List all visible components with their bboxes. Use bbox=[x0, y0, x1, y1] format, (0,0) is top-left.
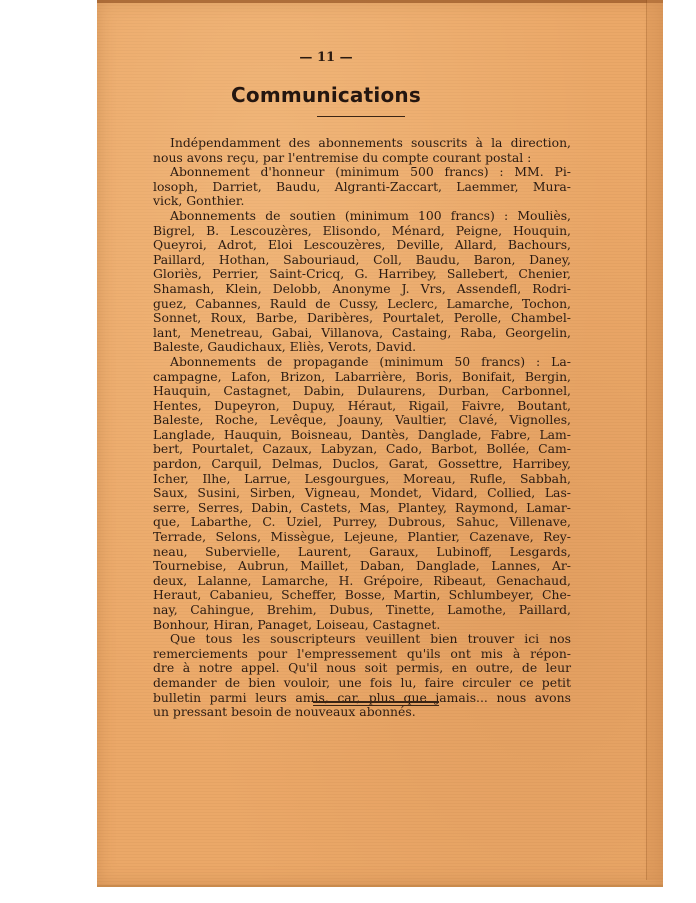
text-line: Abonnement d'honneur (minimum 500 francs… bbox=[153, 165, 571, 180]
text-line: deux, Lalanne, Lamarche, H. Grépoire, Ri… bbox=[153, 574, 571, 589]
title-underline-rule bbox=[317, 116, 405, 117]
text-line: vick, Gonthier. bbox=[153, 194, 571, 209]
text-line: Hentes, Dupeyron, Dupuy, Héraut, Rigail,… bbox=[153, 399, 571, 414]
text-line: Indépendamment des abonnements souscrits… bbox=[153, 136, 571, 151]
text-line: Tournebise, Aubrun, Maillet, Daban, Dang… bbox=[153, 559, 571, 574]
page-number: — 11 — bbox=[0, 50, 674, 65]
text-line: serre, Serres, Dabin, Castets, Mas, Plan… bbox=[153, 501, 571, 516]
paragraph-remerciements: Que tous les souscripteurs veuillent bie… bbox=[153, 632, 571, 720]
text-line: Langlade, Hauquin, Boisneau, Dantès, Dan… bbox=[153, 428, 571, 443]
text-line: Gloriès, Perrier, Saint-Cricq, G. Harrib… bbox=[153, 267, 571, 282]
text-line: que, Labarthe, C. Uziel, Purrey, Dubrous… bbox=[153, 515, 571, 530]
page-right-edge bbox=[647, 0, 663, 880]
text-line: neau, Subervielle, Laurent, Garaux, Lubi… bbox=[153, 545, 571, 560]
text-line: Saux, Susini, Sirben, Vigneau, Mondet, V… bbox=[153, 486, 571, 501]
text-line: Paillard, Hothan, Sabouriaud, Coll, Baud… bbox=[153, 253, 571, 268]
text-line: Baleste, Gaudichaux, Eliès, Verots, Davi… bbox=[153, 340, 571, 355]
paragraph-abonnements-soutien: Abonnements de soutien (minimum 100 fran… bbox=[153, 209, 571, 355]
page-title: Communications bbox=[0, 83, 674, 107]
text-line: bert, Pourtalet, Cazaux, Labyzan, Cado, … bbox=[153, 442, 571, 457]
text-line: guez, Cabannes, Rauld de Cussy, Leclerc,… bbox=[153, 297, 571, 312]
text-line: Bigrel, B. Lescouzères, Elisondo, Ménard… bbox=[153, 224, 571, 239]
text-line: un pressant besoin de nouveaux abonnés. bbox=[153, 705, 571, 720]
text-line: demander de bien vouloir, une fois lu, f… bbox=[153, 676, 571, 691]
text-line: Baleste, Roche, Levêque, Joauny, Vaultie… bbox=[153, 413, 571, 428]
text-line: Hauquin, Castagnet, Dabin, Dulaurens, Du… bbox=[153, 384, 571, 399]
text-line: Terrade, Selons, Missègue, Lejeune, Plan… bbox=[153, 530, 571, 545]
text-line: Sonnet, Roux, Barbe, Daribères, Pourtale… bbox=[153, 311, 571, 326]
paragraph-intro: Indépendamment des abonnements souscrits… bbox=[153, 136, 571, 165]
text-line: remerciements pour l'empressement qu'ils… bbox=[153, 647, 571, 662]
end-double-rule bbox=[313, 701, 439, 706]
text-line: Abonnements de propagande (minimum 50 fr… bbox=[153, 355, 571, 370]
text-line: lant, Menetreau, Gabai, Villanova, Casta… bbox=[153, 326, 571, 341]
text-line: Shamash, Klein, Delobb, Anonyme J. Vrs, … bbox=[153, 282, 571, 297]
text-line: nous avons reçu, par l'entremise du comp… bbox=[153, 151, 571, 166]
text-line: Bonhour, Hiran, Panaget, Loiseau, Castag… bbox=[153, 618, 571, 633]
paragraph-abonnement-honneur: Abonnement d'honneur (minimum 500 francs… bbox=[153, 165, 571, 209]
text-line: nay, Cahingue, Brehim, Dubus, Tinette, L… bbox=[153, 603, 571, 618]
text-line: losoph, Darriet, Baudu, Algranti-Zaccart… bbox=[153, 180, 571, 195]
paragraph-abonnements-propagande: Abonnements de propagande (minimum 50 fr… bbox=[153, 355, 571, 632]
page-top-edge bbox=[97, 0, 663, 3]
text-line: Que tous les souscripteurs veuillent bie… bbox=[153, 632, 571, 647]
text-line: Abonnements de soutien (minimum 100 fran… bbox=[153, 209, 571, 224]
text-line: Heraut, Cabanieu, Scheffer, Bosse, Marti… bbox=[153, 588, 571, 603]
text-line: campagne, Lafon, Brizon, Labarrière, Bor… bbox=[153, 370, 571, 385]
body-text: Indépendamment des abonnements souscrits… bbox=[153, 136, 571, 720]
page-fold-line bbox=[646, 0, 647, 880]
text-line: pardon, Carquil, Delmas, Duclos, Garat, … bbox=[153, 457, 571, 472]
text-line: dre à notre appel. Qu'il nous soit permi… bbox=[153, 661, 571, 676]
text-line: Icher, Ilhe, Larrue, Lesgourgues, Moreau… bbox=[153, 472, 571, 487]
text-line: Queyroi, Adrot, Eloi Lescouzères, Devill… bbox=[153, 238, 571, 253]
